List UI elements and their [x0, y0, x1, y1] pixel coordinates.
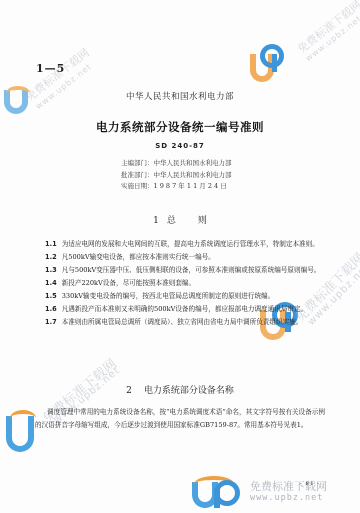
clause-text: 本准则由所属电管局总调所（调度局）、独立省网由省电力局中调所负责组织实施。 — [62, 318, 303, 326]
clause: 1.6凡遇新投产而本准则又未明确的500kV设备的编号，都应报部电力调度通讯局审… — [35, 303, 325, 316]
meta-label: 批准部门： — [121, 171, 154, 179]
clause-text: 新投产220kV设备，尽可能按照本准则套编。 — [62, 279, 195, 287]
page-id: 1—5 — [36, 62, 65, 75]
footer-url: www.upbz.net — [250, 493, 323, 503]
section-1-clauses: 1.1为适应电网的发展和大电网间的互联，提高电力系统调度运行管理水平，特制定本准… — [35, 238, 325, 329]
section-number: 1 — [153, 216, 159, 226]
issuer: 中华人民共和国水利电力部 — [0, 90, 360, 102]
watermark-url: www.upbz.net — [304, 14, 360, 63]
meta-approver: 批准部门：中华人民共和国水利电力部 — [121, 170, 232, 182]
standard-code: SD 240-87 — [0, 142, 360, 150]
document-title: 电力系统部分设备统一编号准则 — [0, 119, 360, 135]
clause-number: 1.2 — [45, 253, 57, 261]
meta-value: 1 9 8 7 年 1 1 月 2 4 日 — [154, 182, 227, 190]
clause-text: 凡与500kV变压器中压、低压侧相联的设备，可参照本准则编或按原系统编号原则编号… — [62, 266, 321, 274]
section-title: 电力系统部分设备名称 — [144, 386, 234, 396]
watermark-top-right: 免费标准下载网 www.upbz.net — [240, 0, 360, 90]
section-2-body: 调度管理中常用的电力系统设备名称，按“电力系统调度术语”命名，其文字符号按有关设… — [35, 406, 325, 432]
footer-site-name: 免费标准下载网 — [250, 478, 327, 494]
section-2-heading: 2电力系统部分设备名称 — [0, 383, 360, 396]
clause-text: 为适应电网的发展和大电网间的互联，提高电力系统调度运行管理水平，特制定本准则。 — [62, 240, 319, 248]
clause-number: 1.7 — [45, 318, 57, 326]
section-number: 2 — [126, 386, 132, 396]
clause-number: 1.3 — [45, 266, 57, 274]
meta-value: 中华人民共和国水利电力部 — [154, 159, 232, 167]
meta-editor: 主编部门：中华人民共和国水利电力部 — [121, 158, 232, 170]
clause-text: 330kV输变电设备的编号，按西北电管局总调度所制定的原则进行统编。 — [62, 292, 275, 300]
upbz-logo-icon — [250, 40, 290, 85]
clause-number: 1.5 — [45, 292, 57, 300]
clause: 1.2凡500kV输变电设备，都应按本准则实行统一编号。 — [35, 251, 325, 264]
clause: 1.7本准则由所属电管局总调所（调度局）、独立省网由省电力局中调所负责组织实施。 — [35, 316, 325, 329]
clause-text: 凡遇新投产而本准则又未明确的500kV设备的编号，都应报部电力调度通讯局审定。 — [62, 305, 308, 313]
meta-effective-date: 实施日期：1 9 8 7 年 1 1 月 2 4 日 — [121, 181, 232, 193]
paragraph: 调度管理中常用的电力系统设备名称，按“电力系统调度术语”命名，其文字符号按有关设… — [35, 406, 325, 432]
clause: 1.1为适应电网的发展和大电网间的互联，提高电力系统调度运行管理水平，特制定本准… — [35, 238, 325, 251]
clause: 1.5330kV输变电设备的编号，按西北电管局总调度所制定的原则进行统编。 — [35, 290, 325, 303]
section-1-heading: 1总则 — [0, 213, 360, 226]
meta-label: 主编部门： — [121, 159, 154, 167]
clause: 1.3凡与500kV变压器中压、低压侧相联的设备，可参照本准则编或按原系统编号原… — [35, 264, 325, 277]
watermark-site-name: 免费标准下载网 — [294, 0, 360, 57]
clause-number: 1.4 — [45, 279, 57, 287]
document-page: 免费标准下载网 www.upbz.net 免费标准下载网 www.upbz.ne… — [0, 0, 360, 513]
meta-label: 实施日期： — [121, 182, 154, 190]
watermark-top-left: 免费标准下载网 www.upbz.net — [0, 0, 140, 120]
section-title-part: 总 — [167, 216, 176, 226]
clause-number: 1.6 — [45, 305, 57, 313]
document-meta: 主编部门：中华人民共和国水利电力部 批准部门：中华人民共和国水利电力部 实施日期… — [121, 158, 232, 193]
clause-number: 1.1 — [45, 240, 57, 248]
clause: 1.4新投产220kV设备，尽可能按照本准则套编。 — [35, 277, 325, 290]
meta-value: 中华人民共和国水利电力部 — [154, 171, 232, 179]
upbz-logo-icon — [192, 476, 248, 510]
clause-text: 凡500kV输变电设备，都应按本准则实行统一编号。 — [62, 253, 215, 261]
section-title-part: 则 — [198, 216, 207, 226]
